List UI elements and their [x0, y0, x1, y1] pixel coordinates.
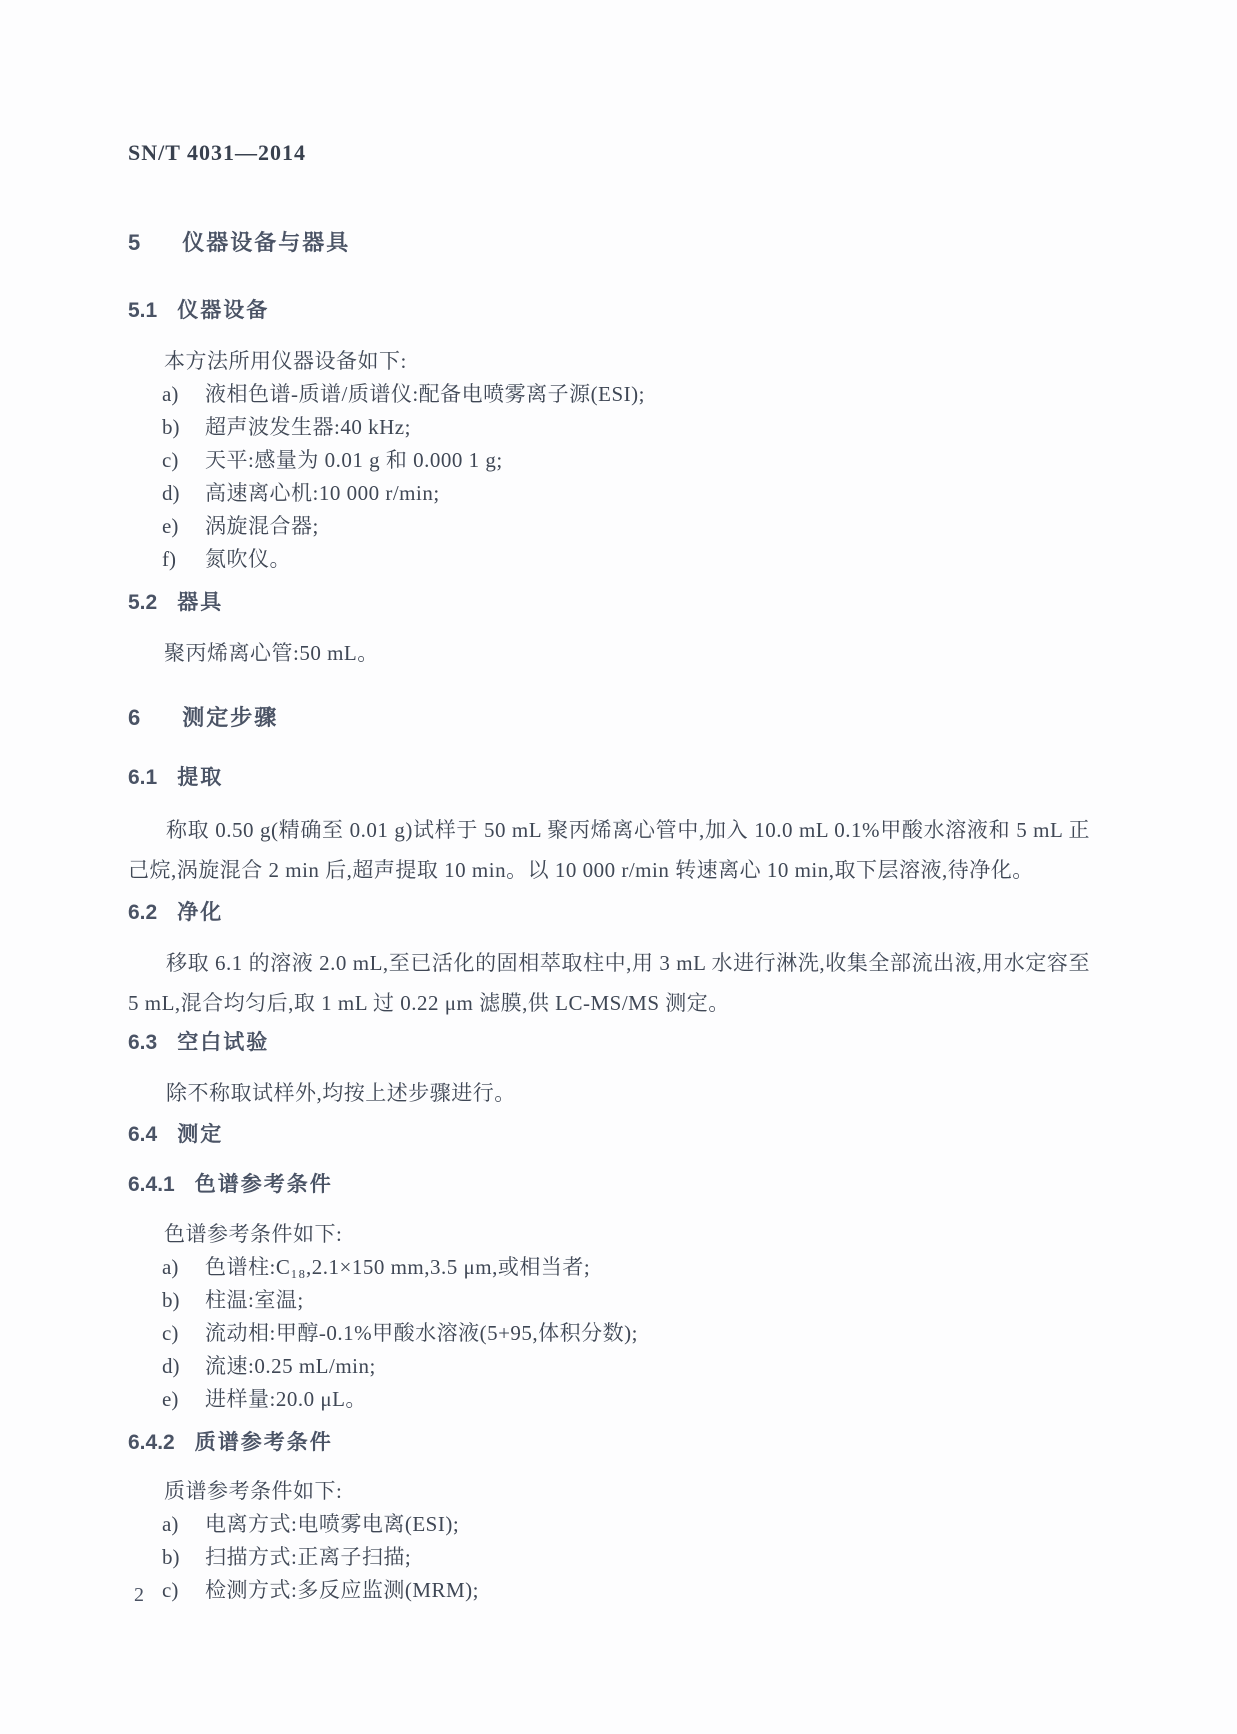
section-number: 6.2 — [128, 898, 157, 928]
list-item: c)天平:感量为 0.01 g 和 0.000 1 g; — [128, 444, 1090, 477]
section-title: 仪器设备 — [177, 299, 269, 322]
page-content: SN/T 4031—2014 5仪器设备与器具 5.1仪器设备 本方法所用仪器设… — [0, 0, 1237, 1607]
paragraph: 移取 6.1 的溶液 2.0 mL,至已活化的固相萃取柱中,用 3 mL 水进行… — [128, 943, 1090, 1023]
paragraph-lead: 色谱参考条件如下: — [128, 1218, 1090, 1251]
section-number: 6.1 — [128, 763, 157, 793]
list-item-letter: e) — [162, 1383, 205, 1416]
paragraph-lead: 质谱参考条件如下: — [128, 1475, 1090, 1508]
list-item-letter: a) — [162, 1251, 205, 1284]
list-item: e)进样量:20.0 μL。 — [128, 1383, 1090, 1416]
list-item-text: 超声波发生器:40 kHz; — [205, 415, 411, 439]
list-item: b)超声波发生器:40 kHz; — [128, 411, 1090, 444]
section-number: 6.4.1 — [128, 1170, 175, 1200]
list-item-text: 天平:感量为 0.01 g 和 0.000 1 g; — [205, 448, 503, 472]
section-number: 6.4 — [128, 1120, 157, 1150]
list-item-text: 高速离心机:10 000 r/min; — [205, 481, 440, 505]
list-item: d)流速:0.25 mL/min; — [128, 1350, 1090, 1383]
paragraph: 除不称取试样外,均按上述步骤进行。 — [128, 1073, 1090, 1113]
list-item-text: 电离方式:电喷雾电离(ESI); — [205, 1512, 459, 1536]
document-page: SN/T 4031—2014 5仪器设备与器具 5.1仪器设备 本方法所用仪器设… — [0, 0, 1237, 1734]
section-title: 仪器设备与器具 — [182, 230, 350, 255]
section-title: 提取 — [177, 766, 223, 789]
list-item: b)扫描方式:正离子扫描; — [128, 1541, 1090, 1574]
list-6-4-2: a)电离方式:电喷雾电离(ESI); b)扫描方式:正离子扫描; c)检测方式:… — [128, 1508, 1090, 1607]
section-title: 器具 — [177, 591, 223, 614]
section-number: 5.1 — [128, 296, 157, 326]
list-item-letter: f) — [162, 543, 205, 576]
list-item-letter: b) — [162, 1284, 205, 1317]
paragraph-lead: 本方法所用仪器设备如下: — [128, 345, 1090, 378]
list-item: f)氮吹仪。 — [128, 543, 1090, 576]
list-item: a)液相色谱-质谱/质谱仪:配备电喷雾离子源(ESI); — [128, 378, 1090, 411]
section-title: 测定 — [177, 1123, 223, 1146]
list-item: a)色谱柱:C₁₈,2.1×150 mm,3.5 μm,或相当者; — [128, 1251, 1090, 1284]
section-number: 5 — [128, 228, 140, 258]
list-item-letter: c) — [162, 1317, 205, 1350]
section-heading-6-4-2: 6.4.2质谱参考条件 — [128, 1428, 1090, 1458]
list-item-text: 进样量:20.0 μL。 — [205, 1387, 367, 1411]
list-item-letter: b) — [162, 411, 205, 444]
section-heading-6-2: 6.2净化 — [128, 898, 1090, 928]
paragraph: 聚丙烯离心管:50 mL。 — [128, 637, 1090, 670]
list-item-text: 液相色谱-质谱/质谱仪:配备电喷雾离子源(ESI); — [205, 382, 645, 406]
list-item-letter: d) — [162, 1350, 205, 1383]
section-number: 6 — [128, 703, 140, 733]
list-item-letter: a) — [162, 1508, 205, 1541]
list-item-text: 色谱柱:C₁₈,2.1×150 mm,3.5 μm,或相当者; — [205, 1255, 590, 1279]
section-heading-6-1: 6.1提取 — [128, 763, 1090, 793]
list-item-text: 柱温:室温; — [205, 1288, 304, 1312]
section-heading-6: 6测定步骤 — [128, 703, 1090, 733]
list-item-text: 流速:0.25 mL/min; — [205, 1354, 376, 1378]
list-item-text: 流动相:甲醇-0.1%甲酸水溶液(5+95,体积分数); — [205, 1321, 638, 1345]
list-item-text: 涡旋混合器; — [205, 514, 319, 538]
section-heading-5: 5仪器设备与器具 — [128, 228, 1090, 258]
section-heading-6-4-1: 6.4.1色谱参考条件 — [128, 1170, 1090, 1200]
list-item: a)电离方式:电喷雾电离(ESI); — [128, 1508, 1090, 1541]
section-heading-5-2: 5.2器具 — [128, 588, 1090, 618]
section-title: 色谱参考条件 — [195, 1173, 333, 1196]
list-item-text: 检测方式:多反应监测(MRM); — [205, 1578, 479, 1602]
section-number: 6.3 — [128, 1028, 157, 1058]
section-title: 测定步骤 — [182, 705, 278, 730]
section-heading-6-3: 6.3空白试验 — [128, 1028, 1090, 1058]
section-heading-5-1: 5.1仪器设备 — [128, 296, 1090, 326]
list-item-text: 扫描方式:正离子扫描; — [205, 1545, 411, 1569]
page-number: 2 — [134, 1584, 144, 1607]
list-item-letter: a) — [162, 378, 205, 411]
standard-code: SN/T 4031—2014 — [128, 140, 1090, 166]
section-heading-6-4: 6.4测定 — [128, 1120, 1090, 1150]
section-title: 净化 — [177, 901, 223, 924]
list-item-letter: e) — [162, 510, 205, 543]
section-title: 空白试验 — [177, 1031, 269, 1054]
section-number: 6.4.2 — [128, 1428, 175, 1458]
list-item: c)检测方式:多反应监测(MRM); — [128, 1574, 1090, 1607]
list-item-letter: b) — [162, 1541, 205, 1574]
list-item: b)柱温:室温; — [128, 1284, 1090, 1317]
list-item-letter: c) — [162, 444, 205, 477]
list-item-letter: c) — [162, 1574, 205, 1607]
list-item: c)流动相:甲醇-0.1%甲酸水溶液(5+95,体积分数); — [128, 1317, 1090, 1350]
section-number: 5.2 — [128, 588, 157, 618]
list-item-text: 氮吹仪。 — [205, 547, 291, 571]
list-5-1: a)液相色谱-质谱/质谱仪:配备电喷雾离子源(ESI); b)超声波发生器:40… — [128, 378, 1090, 576]
list-item: d)高速离心机:10 000 r/min; — [128, 477, 1090, 510]
list-item-letter: d) — [162, 477, 205, 510]
section-title: 质谱参考条件 — [195, 1431, 333, 1454]
list-item: e)涡旋混合器; — [128, 510, 1090, 543]
paragraph: 称取 0.50 g(精确至 0.01 g)试样于 50 mL 聚丙烯离心管中,加… — [128, 810, 1090, 890]
list-6-4-1: a)色谱柱:C₁₈,2.1×150 mm,3.5 μm,或相当者; b)柱温:室… — [128, 1251, 1090, 1416]
